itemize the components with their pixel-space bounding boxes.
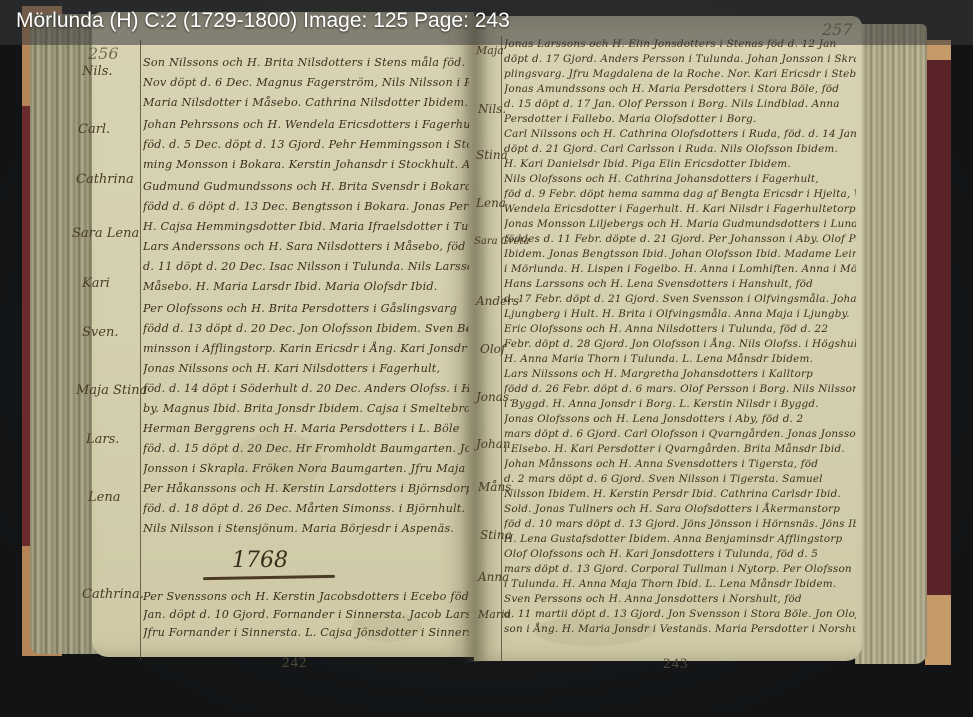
document-viewer[interactable]: 256 257 Nils. Carl. Cathrina Sara Lena K… — [0, 0, 973, 717]
register-line: Ljungberg i Hult. H. Brita i Olfvingsmål… — [504, 306, 856, 322]
register-line: i Tulunda. H. Anna Maja Thorn Ibid. L. L… — [504, 576, 856, 592]
register-line: Johan Pehrssons och H. Wendela Ericsdott… — [143, 114, 469, 136]
register-line: d. 11 martii döpt d. 13 Gjord. Jon Svens… — [504, 606, 856, 622]
register-line: född d. 6 döpt d. 13 Dec. Bengtsson i Bo… — [143, 196, 469, 218]
register-line: Olof Olofssons och H. Kari Jonsdotters i… — [504, 546, 856, 562]
register-line: H. Anna Maria Thorn i Tulunda. L. Lena M… — [504, 351, 856, 367]
register-line: i Mörlunda. H. Lispen i Fogelbo. H. Anna… — [504, 261, 856, 277]
register-line: föd d. 9 Febr. döpt hema samma dag af Be… — [504, 186, 856, 202]
register-line: minsson i Afflingstorp. Karin Ericsdr i … — [143, 338, 469, 360]
margin-name: Stina — [476, 148, 508, 162]
register-line: son i Ång. H. Maria Jonsdr i Vestanäs. M… — [504, 621, 856, 637]
margin-name: Cathrina — [76, 172, 134, 187]
register-line: Jonas Monsson Liljebergs och H. Maria Gu… — [504, 216, 856, 232]
margin-name: Olof — [480, 342, 505, 356]
register-line: föd. d. 18 döpt d. 26 Dec. Mårten Simons… — [143, 498, 469, 520]
left-corner-number: 256 — [88, 44, 119, 63]
register-line: ming Monsson i Bokara. Kerstin Johansdr … — [143, 154, 469, 176]
left-page-number: 242 — [282, 655, 308, 672]
register-line: Lars Anderssons och H. Sara Nilsdotters … — [143, 236, 469, 258]
register-line: Nilsson Ibidem. H. Kerstin Persdr Ibid. … — [504, 486, 856, 502]
register-line: Per Håkanssons och H. Kerstin Larsdotter… — [143, 478, 469, 500]
register-line: H. Cajsa Hemmingsdotter Ibid. Maria Ifra… — [143, 216, 469, 238]
register-line: mars döpt d. 13 Gjord. Corporal Tullman … — [504, 561, 856, 577]
register-line: d. 15 döpt d. 17 Jan. Olof Persson i Bor… — [504, 96, 856, 112]
register-line: Herman Berggrens och H. Maria Persdotter… — [143, 418, 469, 440]
register-line: Jonas Olofssons och H. Lena Jonsdotters … — [504, 411, 856, 427]
margin-name: Maja Stina — [76, 383, 147, 398]
register-line: Jonas Nilssons och H. Kari Nilsdotters i… — [143, 358, 469, 380]
register-line: Maria Nilsdotter i Måsebo. Cathrina Nils… — [143, 92, 469, 114]
right-page-number: 243 — [663, 656, 689, 673]
register-line: Eric Olofssons och H. Anna Nilsdotters i… — [504, 321, 856, 337]
page-edges-right — [855, 24, 927, 664]
register-line: Nils Olofssons och H. Cathrina Johansdot… — [504, 171, 856, 187]
cover-corner-bottom — [925, 595, 951, 665]
register-line: Måsebo. H. Maria Larsdr Ibid. Maria Olof… — [143, 276, 469, 298]
margin-name: Sven. — [82, 325, 118, 340]
register-line: Febr. döpt d. 28 Gjord. Jon Olofsson i Å… — [504, 336, 856, 352]
margin-name: Maja — [476, 44, 504, 57]
register-line: Persdotter i Fallebo. Maria Olofsdotter … — [504, 111, 856, 127]
register-line: föddes d. 11 Febr. döpte d. 21 Gjord. Pe… — [504, 231, 856, 247]
register-line: föd. d. 5 Dec. döpt d. 13 Gjord. Pehr He… — [143, 134, 469, 156]
register-line: H. Kari Danielsdr Ibid. Piga Elin Ericsd… — [504, 156, 856, 172]
register-line: Hans Larssons och H. Lena Svensdotters i… — [504, 276, 856, 292]
register-line: i Byggd. H. Anna Jonsdr i Borg. L. Kerst… — [504, 396, 856, 412]
register-line: Son Nilssons och H. Brita Nilsdotters i … — [143, 52, 469, 74]
year-heading: 1768 — [232, 548, 288, 573]
register-line: Jonsson i Skrapla. Fröken Nora Baumgarte… — [143, 458, 469, 480]
register-line: Lars Nilssons och H. Margretha Johansdot… — [504, 366, 856, 382]
register-line: född d. 13 döpt d. 20 Dec. Jon Olofsson … — [143, 318, 469, 340]
book-cover-right — [925, 40, 951, 665]
register-line: född d. 26 Febr. döpt d. 6 mars. Olof Pe… — [504, 381, 856, 397]
register-line: Nils Nilsson i Stensjönum. Maria Börjesd… — [143, 518, 469, 540]
margin-name: Carl. — [78, 122, 110, 137]
register-line: Ibidem. Jonas Bengtsson Ibid. Johan Olof… — [504, 246, 856, 262]
register-line: Carl Nilssons och H. Cathrina Olofsdotte… — [504, 126, 856, 142]
register-line: d. 17 Febr. döpt d. 21 Gjord. Sven Svens… — [504, 291, 856, 307]
register-line: döpt d. 17 Gjord. Anders Persson i Tulun… — [504, 51, 856, 67]
margin-name: Sara Lena — [72, 226, 139, 241]
register-line: föd. d. 15 döpt d. 20 Dec. Hr Fromholdt … — [143, 438, 469, 460]
register-line: H. Lena Gustafsdotter Ibidem. Anna Benja… — [504, 531, 856, 547]
register-line: Wendela Ericsdotter i Fagerhult. H. Kari… — [504, 201, 856, 217]
margin-name: Lena — [88, 490, 120, 505]
register-line: föd. d. 14 döpt i Söderhult d. 20 Dec. A… — [143, 378, 469, 400]
register-line: Sold. Jonas Tullners och H. Sara Olofsdo… — [504, 501, 856, 517]
register-line: mars döpt d. 6 Gjord. Carl Olofsson i Qv… — [504, 426, 856, 442]
register-line: Per Olofssons och H. Brita Persdotters i… — [143, 298, 469, 320]
register-line: döpt d. 21 Gjord. Carl Carlsson i Ruda. … — [504, 141, 856, 157]
register-line: Jonas Amundssons och H. Maria Persdotter… — [504, 81, 856, 97]
register-line: d. 11 döpt d. 20 Dec. Isac Nilsson i Tul… — [143, 256, 469, 278]
register-line: i Elsebo. H. Kari Persdotter i Qvarngård… — [504, 441, 856, 457]
margin-name: Nils. — [82, 64, 113, 79]
register-line: Sven Perssons och H. Anna Jonsdotters i … — [504, 591, 856, 607]
left-margin-rule — [140, 40, 141, 660]
register-line: Nov döpt d. 6 Dec. Magnus Fagerström, Ni… — [143, 72, 469, 94]
register-line: plingsvarg. Jfru Magdalena de la Roche. … — [504, 66, 856, 82]
register-line: by. Magnus Ibid. Brita Jonsdr Ibidem. Ca… — [143, 398, 469, 420]
margin-name: Lena — [476, 196, 506, 210]
margin-name: Lars. — [86, 432, 119, 447]
margin-name: Cathrina. — [82, 587, 144, 602]
margin-name: Kari — [82, 276, 110, 291]
register-line: Jfru Fornander i Sinnersta. L. Cajsa Jön… — [143, 622, 469, 644]
image-title-bar: Mörlunda (H) C:2 (1729-1800) Image: 125 … — [0, 0, 973, 45]
register-line: Gudmund Gudmundssons och H. Brita Svensd… — [143, 176, 469, 198]
register-line: d. 2 mars döpt d. 6 Gjord. Sven Nilsson … — [504, 471, 856, 487]
image-title: Mörlunda (H) C:2 (1729-1800) Image: 125 … — [16, 9, 510, 33]
register-line: Johan Månssons och H. Anna Svensdotters … — [504, 456, 856, 472]
margin-name: Nils. — [478, 102, 506, 116]
register-line: föd d. 10 mars döpt d. 13 Gjord. Jöns Jö… — [504, 516, 856, 532]
